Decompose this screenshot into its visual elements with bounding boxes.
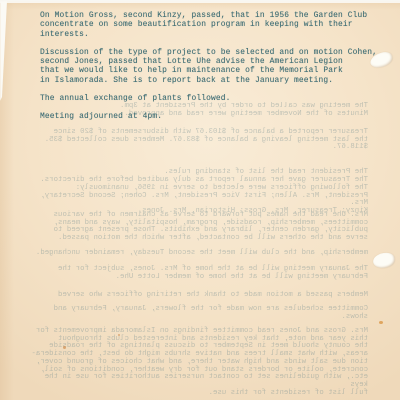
bleedthrough-block: Members passed a motion made to thank th… <box>23 292 368 300</box>
minutes-paragraph-plant-exchange: The annual exchange of plants followed. <box>40 94 385 103</box>
paper-sheet: The meeting was called to order by the P… <box>0 1 400 400</box>
rust-speck <box>379 321 383 324</box>
bleedthrough-block: Mrs. Gross and Jones read committee find… <box>23 328 368 397</box>
bleedthrough-block: The President read the list of standing … <box>23 169 368 184</box>
minutes-paragraph-motion-gross: On Motion Gross, second Kinzy, passed, t… <box>40 11 385 39</box>
rust-speck <box>118 334 120 336</box>
scanned-page: The meeting was called to order by the P… <box>0 0 400 400</box>
scanner-edge-top <box>0 1 400 3</box>
bleedthrough-block: Committee schedules are now made for the… <box>23 306 368 321</box>
minutes-text: On Motion Gross, second Kinzy, passed, t… <box>40 11 385 131</box>
minutes-paragraph-adjourned: Meeting adjourned at 4pm. <box>40 112 385 121</box>
bleedthrough-block: The January meeting will be at the home … <box>23 266 368 281</box>
minutes-paragraph-discussion: Discussion of the type of project to be … <box>40 48 385 85</box>
bleedthrough-block: Mrs. Uhe read the names put forward to s… <box>23 212 368 243</box>
bleedthrough-block: Treasurer reported a balance of $103.67 … <box>23 129 368 152</box>
rust-speck <box>63 346 66 349</box>
bleedthrough-block: membership, and the club will meet the s… <box>23 250 368 258</box>
